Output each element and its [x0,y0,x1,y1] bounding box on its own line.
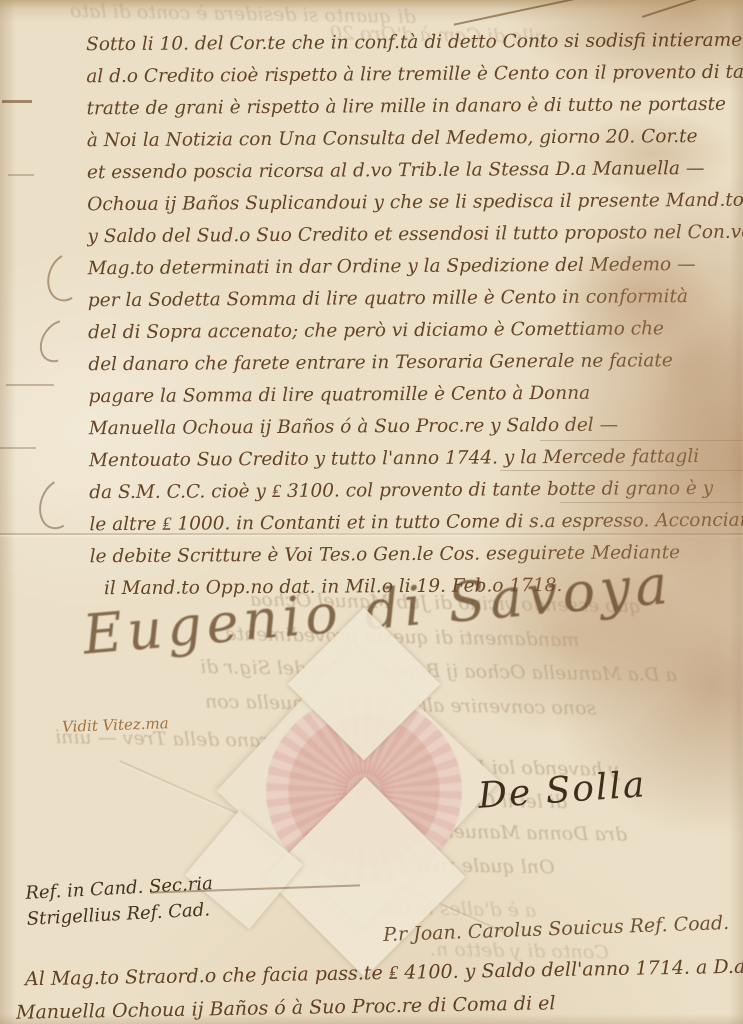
ink-flourish [454,0,621,26]
embossed-seal [228,678,492,906]
margin-mark [6,384,54,386]
letter-line: le altre ₤ 1000. in Contanti et in tutto… [89,505,737,542]
letter-line: pagare la Somma di lire quatromille è Ce… [88,377,736,414]
letter-line: per la Sodetta Somma di lire quatro mill… [88,281,736,318]
letter-line: Mentouato Suo Credito y tutto l'anno 174… [89,441,737,478]
letter-line: Mag.to determinati in dar Ordine y la Sp… [88,249,736,286]
letter-line: Sotto li 10. del Cor.te che in conf.tà d… [86,25,734,62]
registration-note: Ref. in Cand. Sec.ria Strigellius Ref. C… [25,871,215,933]
ink-flourish [32,312,86,369]
letter-line: Ochoua ij Baños Suplicandoui y che se li… [87,185,735,222]
letter-line: del danaro che farete entrare in Tesorar… [88,345,736,382]
footer-order-line: Al Mag.to Straord.o che facia pass.te ₤ … [25,956,743,992]
letter-line: Manuella Ochoua ij Baños ó à Suo Proc.re… [89,409,737,446]
margin-mark [2,100,32,103]
letter-line: à Noi la Notizia con Una Consulta del Me… [87,121,735,158]
vidit-note: Vidit Vitez.ma [62,714,169,736]
fold-crease [0,533,743,535]
letter-line: al d.o Credito cioè rispetto à lire trem… [86,57,734,94]
letter-line: et essendo poscia ricorsa al d.vo Trib.l… [87,153,735,190]
manuscript-page: di quanto si desidera è conto di lato al… [0,0,743,1024]
ink-flourish [41,247,94,307]
ink-flourish [32,473,85,535]
ink-flourish [642,0,728,18]
margin-mark [8,174,34,176]
letter-line: y Saldo del Sud.o Suo Credito et essendo… [87,217,735,254]
margin-mark [0,447,36,449]
letter-line: tratte de grani è rispetto à lire mille … [86,89,734,126]
footer-order-line: Manuella Ochoua ij Baños ó à Suo Proc.re… [16,992,556,1023]
letter-body: Sotto li 10. del Cor.te che in conf.tà d… [86,25,738,606]
letter-line: del di Sopra accenato; che però vi dicia… [88,313,736,350]
letter-line: da S.M. C.C. cioè y ₤ 3100. col provento… [89,473,737,510]
